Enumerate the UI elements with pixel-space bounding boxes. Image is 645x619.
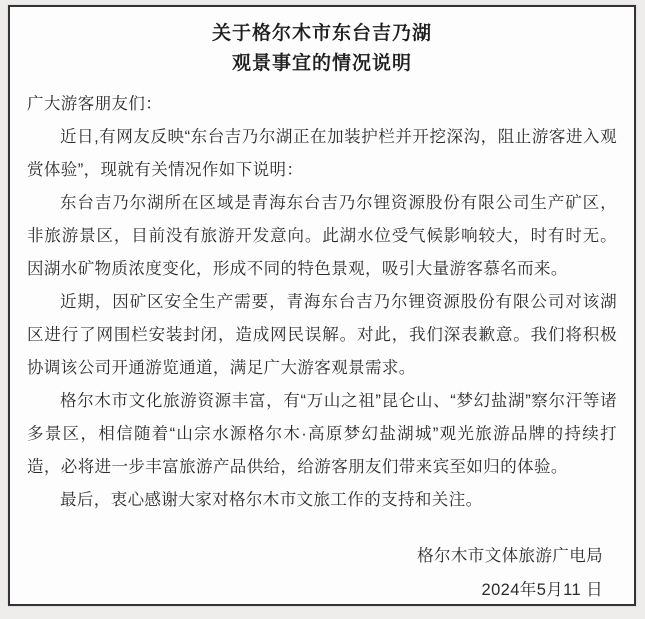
document-title-line-2: 观景事宜的情况说明 [27,49,617,79]
official-statement-document: 关于格尔木市东台吉乃湖 观景事宜的情况说明 广大游客朋友们： 近日,有网友反映“… [8,5,636,606]
document-title: 关于格尔木市东台吉乃湖 观景事宜的情况说明 [27,19,617,79]
paragraph: 最后，衷心感谢大家对格尔木市文旅工作的支持和关注。 [27,484,617,517]
salutation: 广大游客朋友们： [27,88,617,121]
issuing-authority-signature: 格尔木市文体旅游广电局 [27,539,617,573]
paragraph: 近期，因矿区安全生产需要，青海东台吉乃尔锂资源股份有限公司对该湖区进行了网围栏安… [27,286,617,385]
paragraph: 近日,有网友反映“东台吉乃尔湖正在加装护栏并开挖深沟，阻止游客进入观赏体验”，现… [27,121,617,187]
paragraph: 东台吉乃尔湖所在区域是青海东台吉乃尔锂资源股份有限公司生产矿区，非旅游景区，目前… [27,187,617,286]
document-title-line-1: 关于格尔木市东台吉乃湖 [27,19,617,49]
paragraph: 格尔木市文化旅游资源丰富，有“万山之祖”昆仑山、“梦幻盐湖”察尔汗等诸多景区，相… [27,385,617,484]
document-date: 2024年5月11 日 [27,573,617,607]
page-background: 关于格尔木市东台吉乃湖 观景事宜的情况说明 广大游客朋友们： 近日,有网友反映“… [0,0,645,619]
